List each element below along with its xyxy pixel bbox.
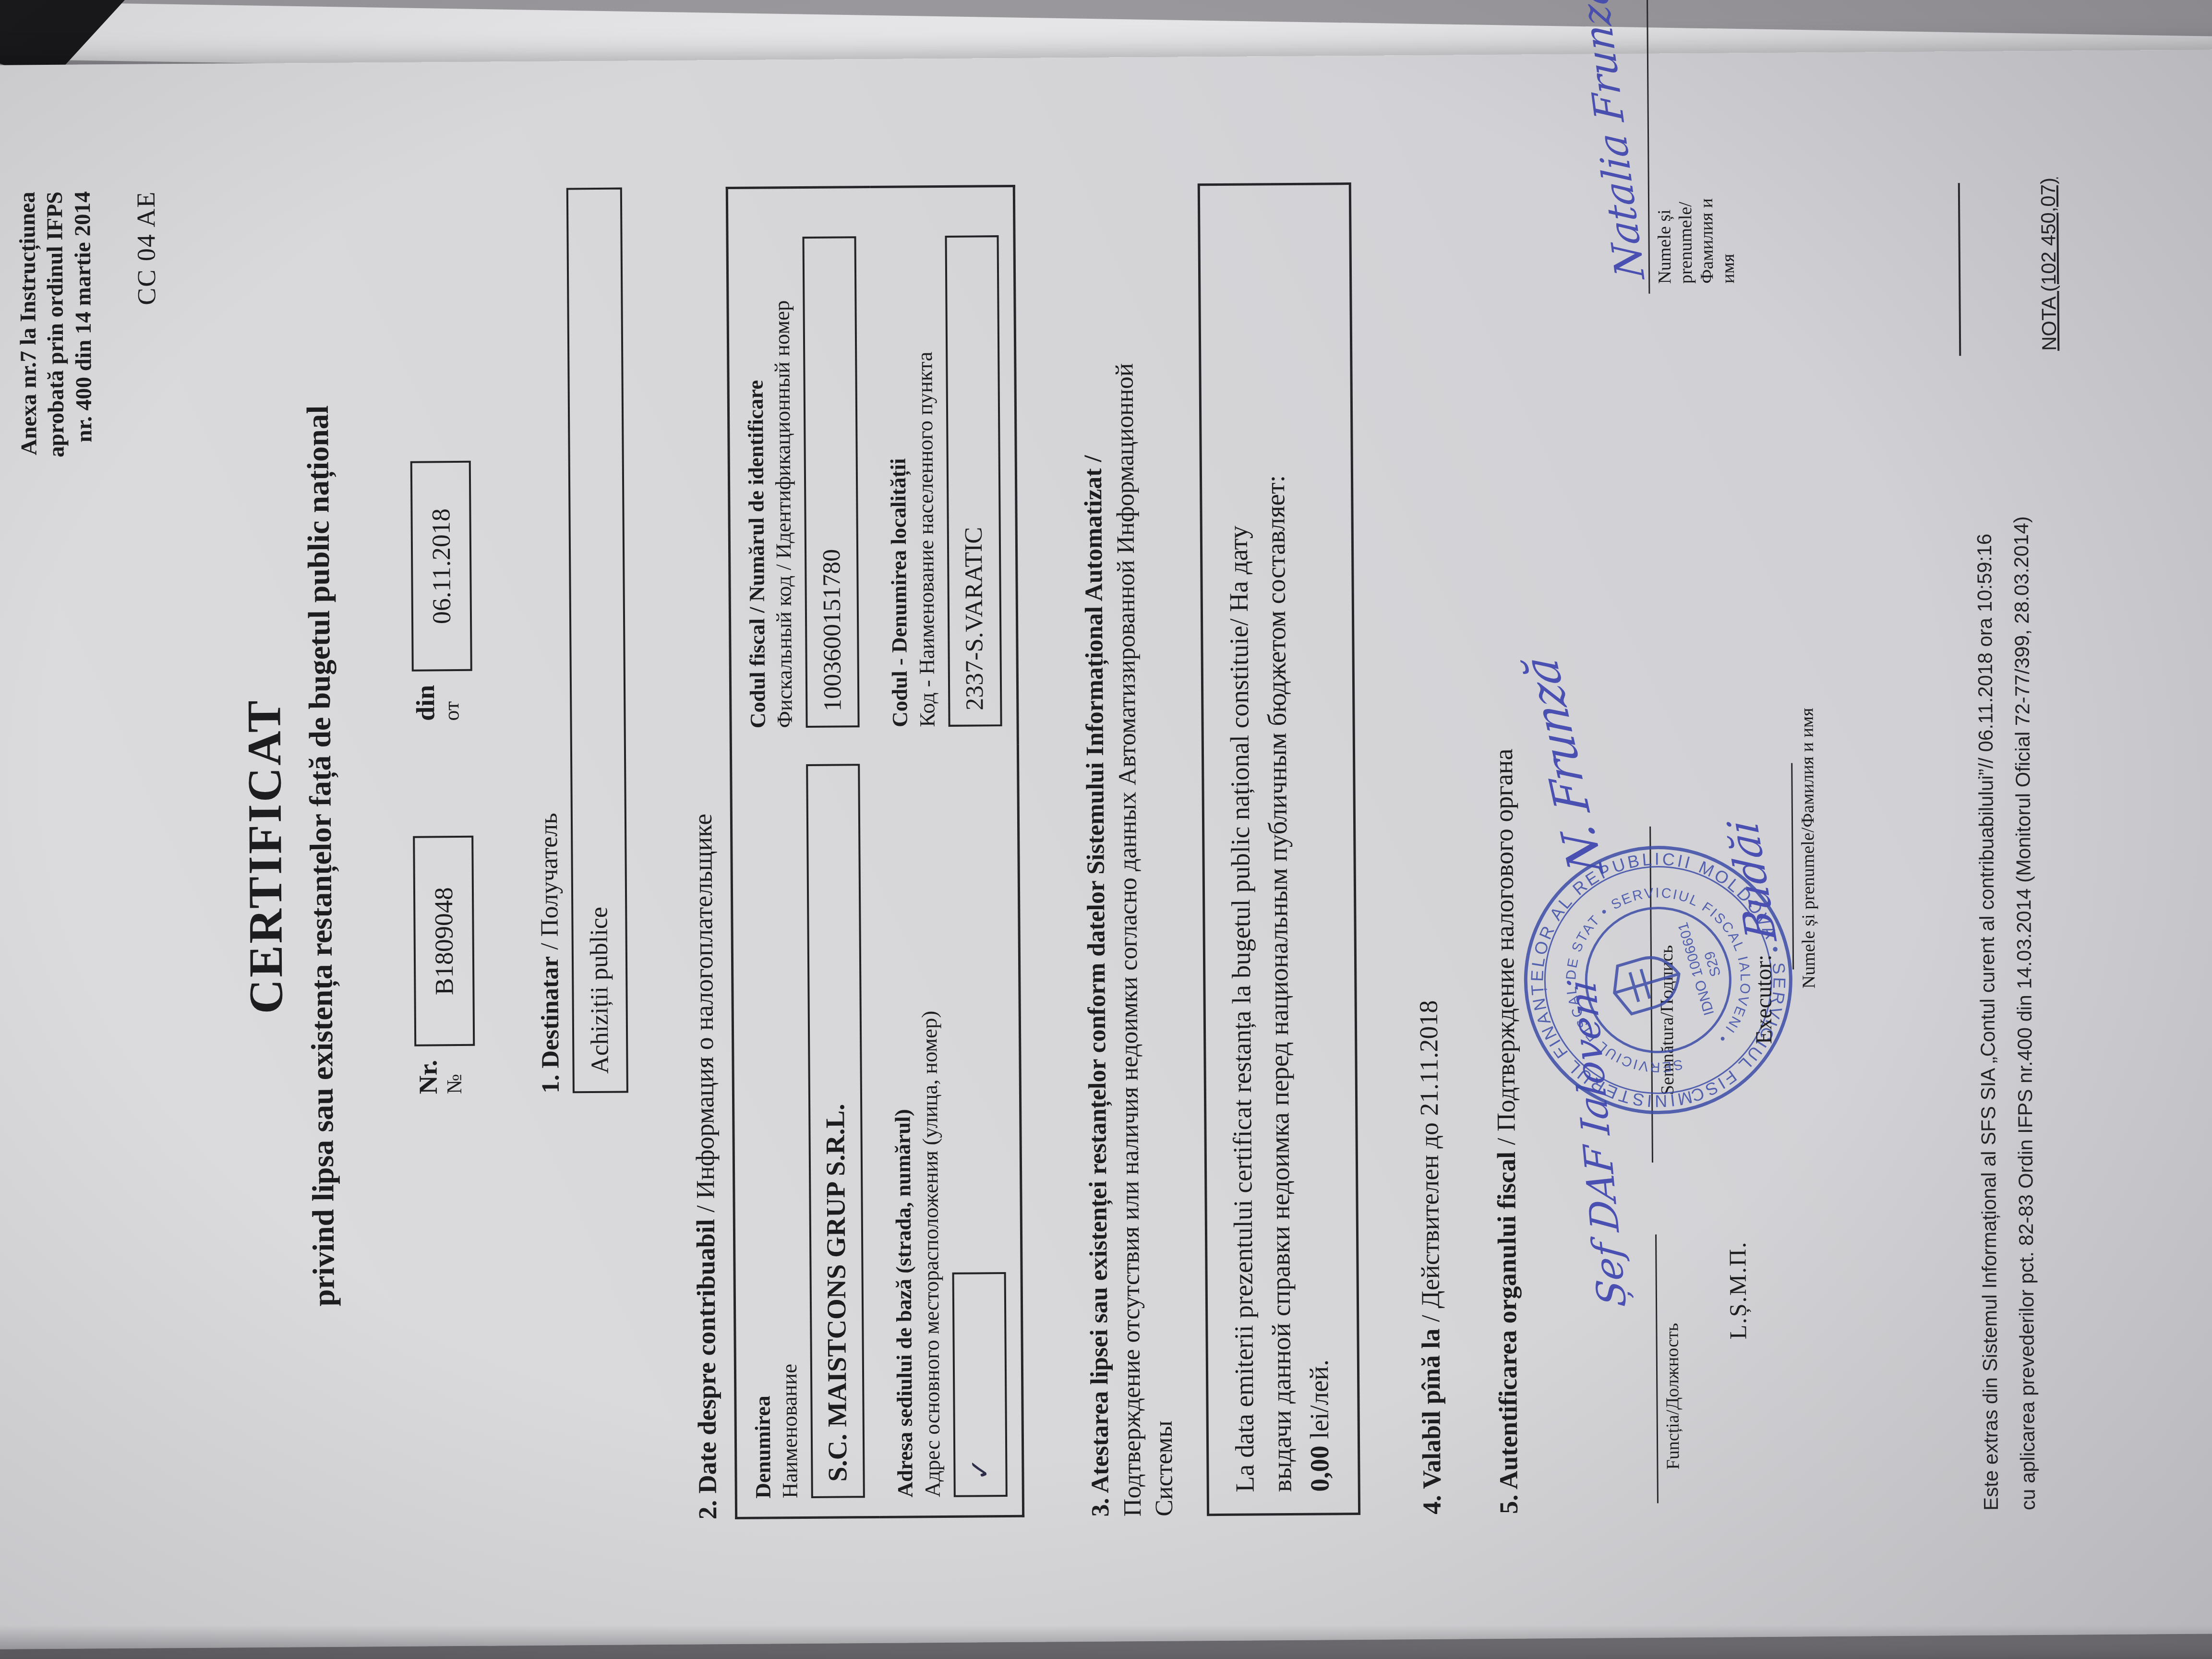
handwritten-signature: N. Frunză [1512, 658, 1614, 873]
functie-label: Funcția/Должность [1661, 1323, 1683, 1470]
nr-label: Nr. № [414, 1059, 467, 1094]
codul-fiscal-value-field: 1003600151780 [803, 236, 860, 728]
denumirea-label-ru: Наименование [771, 764, 804, 1498]
localitate-cell: Codul - Denumirea localității Код - Наим… [870, 186, 1018, 745]
stamp-place-mark: L.Ș.М.П. [1723, 1241, 1752, 1339]
adresa-value-field: ✓ [952, 1272, 1008, 1497]
codul-fiscal-label-ru: Фискальный код / Идентификационный номер [768, 207, 798, 728]
localitate-label-ro: Codul - Denumirea localității [883, 206, 914, 727]
codul-fiscal-cell: Codul fiscal / Numărul de identificare Ф… [727, 187, 874, 746]
footer-line1: Este extras din Sistemul Informațional a… [1967, 178, 2006, 1511]
document-subtitle: privind lipsa sau existența restanțelor … [299, 190, 343, 1522]
destinatar-field: Achiziții publice [566, 188, 628, 1094]
certificate-number-field: B1809048 [413, 836, 475, 1046]
signature-zone: Funcția/Должность Semnătura/Подпись Nume… [1528, 178, 1950, 1514]
destinatar-heading: 1. Destinatar / Получатель [530, 188, 565, 1094]
codul-fiscal-label-ro: Codul fiscal / Numărul de identificare [741, 207, 771, 728]
form-code: CC 04 AE [131, 191, 170, 1523]
destinatar-value: Achiziții publice [585, 907, 614, 1074]
adresa-label-ru: Адрес основного месторасположения (улица… [914, 763, 946, 1497]
valid-until-date: 21.11.2018 [1414, 1000, 1444, 1116]
din-label: din от [412, 685, 465, 721]
arrears-statement-box: La data emiterii prezentului certificat … [1197, 182, 1360, 1516]
amount-suffix: lei/лей. [1304, 1359, 1334, 1445]
issue-date-field: 06.11.2018 [410, 461, 472, 672]
localitate-label-ru: Код - Наименование населенного пункта [910, 206, 941, 727]
table-row: Denumirea Наименование S.C. MAISTCONS GR… [727, 187, 879, 1518]
certificate-page: Anexa nr.7 la Instrucțiunea aprobată pri… [0, 49, 2212, 1649]
executor-label: Executor: [1750, 954, 1777, 1044]
taxpayer-info-table: Denumirea Наименование S.C. MAISTCONS GR… [726, 185, 1024, 1519]
executor-line [1791, 763, 1794, 970]
localitate-value-field: 2337-S.VARATIC [945, 235, 1002, 727]
amount-value: 0,00 [1305, 1445, 1334, 1492]
document-title: CERTIFICAT [233, 190, 297, 1523]
paper-edge-shadow [0, 1625, 2212, 1659]
spacer [412, 721, 413, 836]
section4-validity: 4. Valabil pînă la / Действителен до 21.… [1408, 182, 1447, 1515]
section5-heading: 5. Autentificarea organului fiscal / Под… [1485, 181, 1524, 1514]
photo-frame: Anexa nr.7 la Instrucțiunea aprobată pri… [0, 0, 2212, 1659]
page-content: Anexa nr.7 la Instrucțiunea aprobată pri… [0, 49, 2212, 1649]
adresa-cell: Adresa sediului de bază (strada, numărul… [874, 745, 1023, 1517]
nume-label: Numele și prenumele/Фамилия и имя [1654, 180, 1739, 284]
functie-line [1655, 1235, 1659, 1503]
denumirea-value-field: S.C. MAISTCONS GRUP S.R.L. [806, 764, 866, 1498]
footer-line2: cu aplicarea prevederilor pct. 82-83 Ord… [2004, 178, 2043, 1510]
section2-heading: 2. Date despre contribuabil / Информация… [684, 187, 722, 1519]
footer-rule [1958, 183, 1961, 356]
executor-nume-label: Numele și prenumele/Фамилия и имя [1796, 708, 1819, 988]
round-stamp: MINISTERUL FINANȚELOR AL REPUBLICII MOLD… [1485, 807, 1831, 1153]
footer-notes: Este extras din Sistemul Informațional a… [1958, 178, 2069, 1511]
coat-of-arms [1607, 950, 1686, 1017]
denumirea-cell: Denumirea Наименование S.C. MAISTCONS GR… [731, 745, 879, 1518]
annex-reference: Anexa nr.7 la Instrucțiunea aprobată pri… [14, 191, 106, 1524]
stamp-svg: MINISTERUL FINANȚELOR AL REPUBLICII MOLD… [1485, 807, 1831, 1153]
number-and-date-row: Nr. № B1809048 din от 06.11.2018 [409, 189, 475, 1094]
section3-attestation: 3. Atestarea lipsei sau existenței resta… [1076, 184, 1181, 1517]
table-row: Adresa sediului de bază (strada, numărul… [870, 186, 1023, 1517]
